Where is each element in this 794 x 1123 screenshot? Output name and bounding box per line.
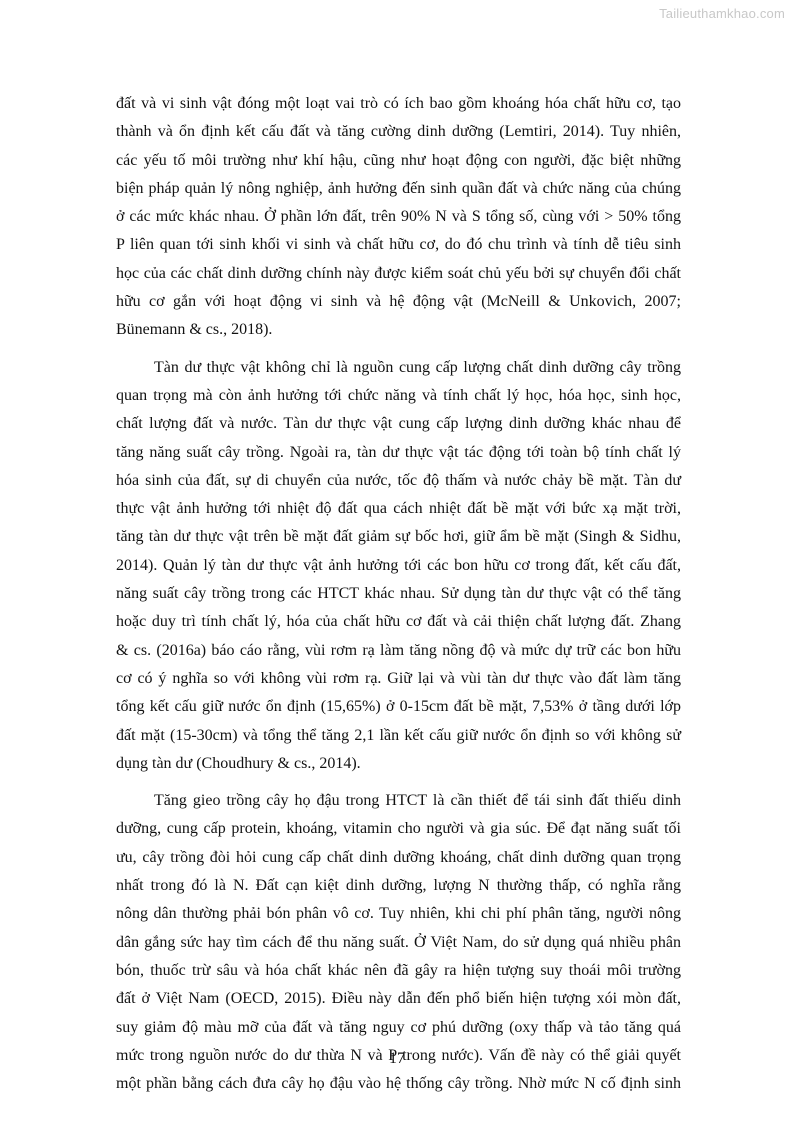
text-line: hoặc duy trì tính chất lý, hóa của chất … bbox=[116, 608, 681, 636]
paragraph-2: Tàn dư thực vật không chỉ là nguồn cung … bbox=[116, 354, 681, 778]
text-line: năng suất cây trồng trong các HTCT khác … bbox=[116, 580, 681, 608]
paragraph-1: đất và vi sinh vật đóng một loạt vai trò… bbox=[116, 90, 681, 345]
text-line: suy giảm độ màu mỡ của đất và tăng nguy … bbox=[116, 1014, 681, 1042]
text-line: biện pháp quản lý nông nghiệp, ảnh hưởng… bbox=[116, 175, 681, 203]
text-line: dụng tàn dư (Choudhury & cs., 2014). bbox=[116, 750, 681, 778]
text-line: học của các chất dinh dưỡng chính này đư… bbox=[116, 260, 681, 288]
text-line: thành và ổn định kết cấu đất và tăng cườ… bbox=[116, 118, 681, 146]
paragraph-spacing bbox=[116, 345, 681, 354]
text-line: & cs. (2016a) báo cáo rằng, vùi rơm rạ l… bbox=[116, 637, 681, 665]
text-line: đất ở Việt Nam (OECD, 2015). Điều này dẫ… bbox=[116, 985, 681, 1013]
text-line: đất mặt (15-30cm) và tổng thể tăng 2,1 l… bbox=[116, 722, 681, 750]
text-line: Bünemann & cs., 2018). bbox=[116, 316, 681, 344]
text-line: ở các mức khác nhau. Ở phần lớn đất, trê… bbox=[116, 203, 681, 231]
text-line: chất lượng đất và nước. Tàn dư thực vật … bbox=[116, 410, 681, 438]
text-line: nông dân thường phải bón phân vô cơ. Tuy… bbox=[116, 900, 681, 928]
text-line: một phần bằng cách đưa cây họ đậu vào hệ… bbox=[116, 1070, 681, 1098]
paragraph-spacing bbox=[116, 778, 681, 787]
document-body: đất và vi sinh vật đóng một loạt vai trò… bbox=[116, 90, 681, 1098]
watermark: Tailieuthamkhao.com bbox=[659, 6, 785, 21]
text-line: tăng tàn dư thực vật trên bề mặt đất giả… bbox=[116, 523, 681, 551]
text-line: P liên quan tới sinh khối vi sinh và chấ… bbox=[116, 231, 681, 259]
text-line: Tăng gieo trồng cây họ đậu trong HTCT là… bbox=[116, 787, 681, 815]
text-line: ưu, cây trồng đòi hỏi cung cấp chất dinh… bbox=[116, 844, 681, 872]
text-line: tổng kết cấu giữ nước ổn định (15,65%) ở… bbox=[116, 693, 681, 721]
text-line: dân gắng sức hay tìm cách để thu năng su… bbox=[116, 929, 681, 957]
text-line: 2014). Quản lý tàn dư thực vật ảnh hưởng… bbox=[116, 552, 681, 580]
text-line: hóa sinh của đất, sự di chuyển của nước,… bbox=[116, 467, 681, 495]
text-line: nhất trong đó là N. Đất cạn kiệt dinh dư… bbox=[116, 872, 681, 900]
text-line: hữu cơ gắn với hoạt động vi sinh và hệ đ… bbox=[116, 288, 681, 316]
text-line: thực vật ảnh hưởng tới nhiệt độ đất qua … bbox=[116, 495, 681, 523]
text-line: đất và vi sinh vật đóng một loạt vai trò… bbox=[116, 90, 681, 118]
text-line: các yếu tố môi trường như khí hậu, cũng … bbox=[116, 147, 681, 175]
text-line: tăng năng suất cây trồng. Ngoài ra, tàn … bbox=[116, 439, 681, 467]
text-line: quan trọng mà còn ảnh hưởng tới chức năn… bbox=[116, 382, 681, 410]
text-line: bón, thuốc trừ sâu và hóa chất khác nên … bbox=[116, 957, 681, 985]
text-line: Tàn dư thực vật không chỉ là nguồn cung … bbox=[116, 354, 681, 382]
page-number: 17 bbox=[0, 1050, 794, 1068]
text-line: dưỡng, cung cấp protein, khoáng, vitamin… bbox=[116, 815, 681, 843]
text-line: cơ có ý nghĩa so với không vùi rơm rạ. G… bbox=[116, 665, 681, 693]
